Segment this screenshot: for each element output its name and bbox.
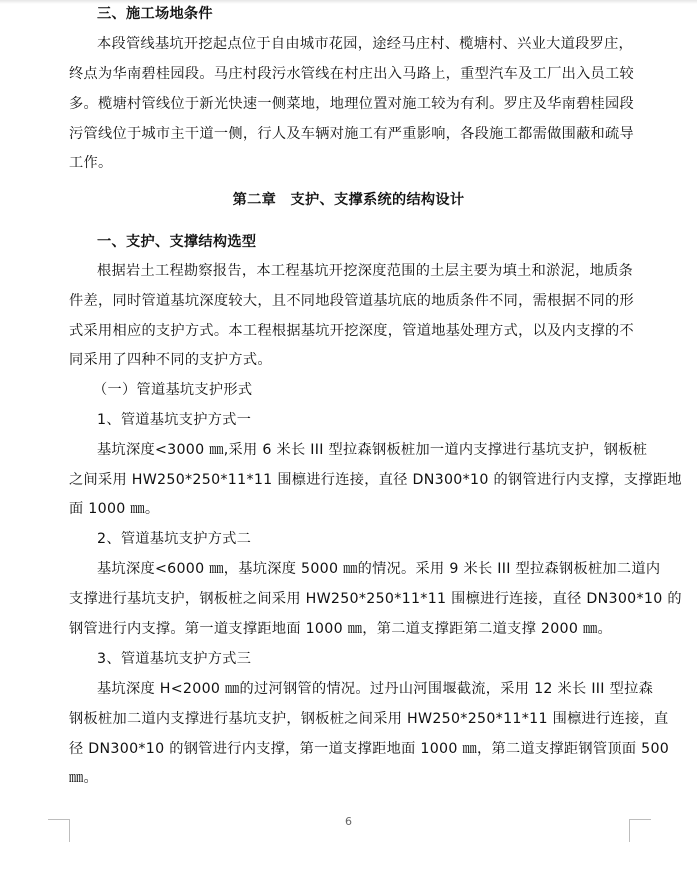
paragraph-line: ㎜。 <box>69 768 629 788</box>
paragraph-line: 面 1000 ㎜。 <box>69 499 629 519</box>
paragraph-line: 支撑进行基坑支护，钢板桩之间采用 HW250*250*11*11 围檩进行连接，… <box>69 589 629 609</box>
subsection-heading: （一）管道基坑支护形式 <box>93 380 653 400</box>
margin-corner-mark-left <box>48 819 70 842</box>
paragraph-line: 钢管进行内支撑。第一道支撑距地面 1000 ㎜，第二道支撑距第二道支撑 2000… <box>69 619 629 639</box>
paragraph-line: 基坑深度<3000 ㎜,采用 6 米长 III 型拉森钢板桩加一道内支撑进行基坑… <box>97 440 657 460</box>
chapter-title: 第二章 支护、支撑系统的结构设计 <box>0 190 697 210</box>
method-heading: 2、管道基坑支护方式二 <box>97 529 657 549</box>
paragraph-line: 式采用相应的支护方式。本工程根据基坑开挖深度，管道地基处理方式，以及内支撑的不 <box>69 321 629 341</box>
paragraph-line: 本段管线基坑开挖起点位于自由城市花园，途经马庄村、榄塘村、兴业大道段罗庄， <box>97 34 657 54</box>
paragraph-line: 同采用了四种不同的支护方式。 <box>69 350 629 370</box>
paragraph-line: 钢板桩加二道内支撑进行基坑支护，钢板桩之间采用 HW250*250*11*11 … <box>69 709 629 729</box>
document-page: 三、施工场地条件 本段管线基坑开挖起点位于自由城市花园，途经马庄村、榄塘村、兴业… <box>0 0 697 877</box>
paragraph-line: 根据岩土工程勘察报告，本工程基坑开挖深度范围的土层主要为填土和淤泥，地质条 <box>97 261 657 281</box>
page-number: 6 <box>0 815 697 828</box>
paragraph-line: 径 DN300*10 的钢管进行内支撑，第一道支撑距地面 1000 ㎜，第二道支… <box>69 739 629 759</box>
method-heading: 1、管道基坑支护方式一 <box>97 410 657 430</box>
paragraph-line: 终点为华南碧桂园段。马庄村段污水管线在村庄出入马路上，重型汽车及工厂出入员工较 <box>69 64 629 84</box>
paragraph-line: 基坑深度<6000 ㎜，基坑深度 5000 ㎜的情况。采用 9 米长 III 型… <box>97 559 657 579</box>
method-heading: 3、管道基坑支护方式三 <box>97 649 657 669</box>
paragraph-line: 多。榄塘村管线位于新光快速一侧菜地，地理位置对施工较为有利。罗庄及华南碧桂园段 <box>69 94 629 114</box>
margin-corner-mark-right <box>629 819 651 842</box>
section-heading: 一、支护、支撑结构选型 <box>97 232 657 252</box>
paragraph-line: 基坑深度 H<2000 ㎜的过河钢管的情况。过丹山河围堰截流，采用 12 米长 … <box>97 679 657 699</box>
paragraph-line: 工作。 <box>69 153 629 173</box>
paragraph-line: 件差，同时管道基坑深度较大，且不同地段管道基坑底的地质条件不同，需根据不同的形 <box>69 291 629 311</box>
paragraph-line: 之间采用 HW250*250*11*11 围檩进行连接，直径 DN300*10 … <box>69 470 629 490</box>
paragraph-line: 污管线位于城市主干道一侧，行人及车辆对施工有严重影响，各段施工都需做围蔽和疏导 <box>69 124 629 144</box>
section-heading: 三、施工场地条件 <box>97 4 657 24</box>
